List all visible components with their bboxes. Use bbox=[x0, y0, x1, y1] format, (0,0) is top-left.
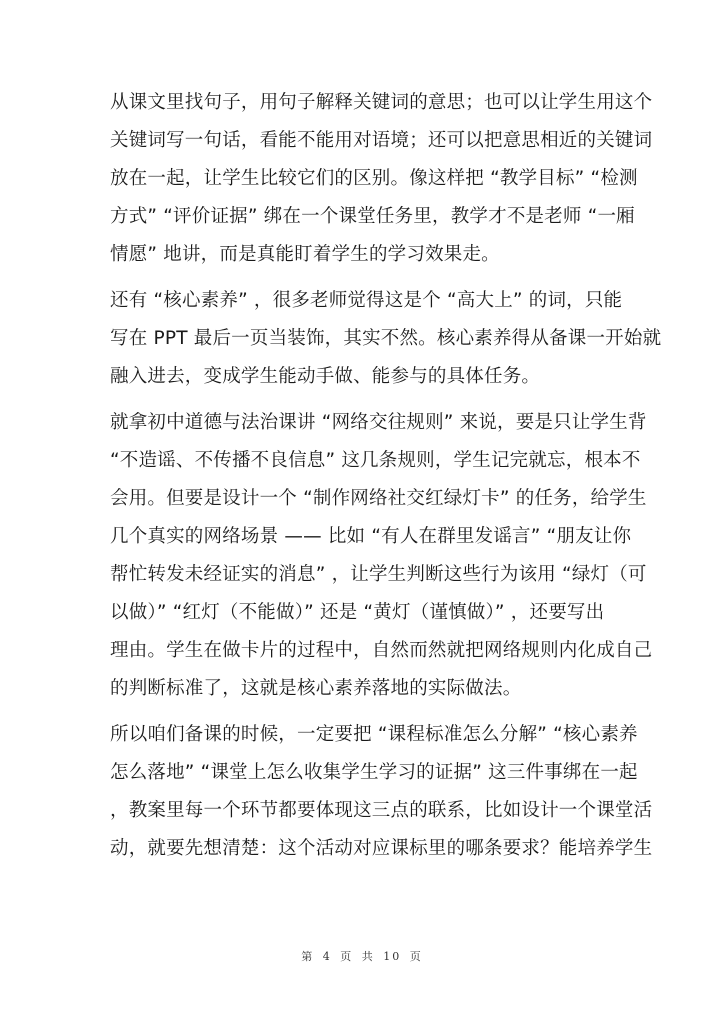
text-line: 理由。学生在做卡片的过程中，自然而然就把网络规则内化成自己 bbox=[110, 632, 616, 670]
document-page: 从课文里找句子，用句子解释关键词的意思；也可以让学生用这个 关键词写一句话，看能… bbox=[0, 0, 724, 1024]
text-line: “不造谣、不传播不良信息” 这几条规则，学生记完就忘，根本不 bbox=[110, 442, 616, 480]
page-number-footer: 第 4 页 共 10 页 bbox=[0, 948, 724, 964]
paragraph-3: 就拿初中道德与法治课讲 “网络交往规则” 来说，要是只让学生背 “不造谣、不传播… bbox=[110, 404, 616, 708]
paragraph-1: 从课文里找句子，用句子解释关键词的意思；也可以让学生用这个 关键词写一句话，看能… bbox=[110, 84, 616, 274]
document-body: 从课文里找句子，用句子解释关键词的意思；也可以让学生用这个 关键词写一句话，看能… bbox=[110, 84, 616, 876]
text-line: 会用。但要是设计一个 “制作网络社交红绿灯卡” 的任务，给学生 bbox=[110, 480, 616, 518]
text-line: 帮忙转发未经证实的消息” ，让学生判断这些行为该用 “绿灯（可 bbox=[110, 556, 616, 594]
text-line: 几个真实的网络场景 —— 比如 “有人在群里发谣言” “朋友让你 bbox=[110, 518, 616, 556]
text-line: ，教案里每一个环节都要体现这三点的联系，比如设计一个课堂活 bbox=[110, 792, 616, 830]
text-line: 以做）” “红灯（不能做）” 还是 “黄灯（谨慎做）” ，还要写出 bbox=[110, 594, 616, 632]
text-line: 动，就要先想清楚：这个活动对应课标里的哪条要求？能培养学生 bbox=[110, 830, 616, 868]
text-line: 放在一起，让学生比较它们的区别。像这样把 “教学目标” “检测 bbox=[110, 160, 616, 198]
text-line: 还有 “核心素养” ，很多老师觉得这是个 “高大上” 的词，只能 bbox=[110, 282, 616, 320]
text-line: 融入进去，变成学生能动手做、能参与的具体任务。 bbox=[110, 358, 616, 396]
text-line: 情愿” 地讲，而是真能盯着学生的学习效果走。 bbox=[110, 236, 616, 274]
text-line: 所以咱们备课的时候，一定要把 “课程标准怎么分解” “核心素养 bbox=[110, 716, 616, 754]
text-line: 方式” “评价证据” 绑在一个课堂任务里，教学才不是老师 “一厢 bbox=[110, 198, 616, 236]
text-line: 就拿初中道德与法治课讲 “网络交往规则” 来说，要是只让学生背 bbox=[110, 404, 616, 442]
text-line: 关键词写一句话，看能不能用对语境；还可以把意思相近的关键词 bbox=[110, 122, 616, 160]
text-line: 怎么落地” “课堂上怎么收集学生学习的证据” 这三件事绑在一起 bbox=[110, 754, 616, 792]
text-line: 从课文里找句子，用句子解释关键词的意思；也可以让学生用这个 bbox=[110, 84, 616, 122]
text-line: 写在 PPT 最后一页当装饰，其实不然。核心素养得从备课一开始就 bbox=[110, 320, 616, 358]
paragraph-4: 所以咱们备课的时候，一定要把 “课程标准怎么分解” “核心素养 怎么落地” “课… bbox=[110, 716, 616, 868]
paragraph-2: 还有 “核心素养” ，很多老师觉得这是个 “高大上” 的词，只能 写在 PPT … bbox=[110, 282, 616, 396]
text-line: 的判断标准了，这就是核心素养落地的实际做法。 bbox=[110, 670, 616, 708]
